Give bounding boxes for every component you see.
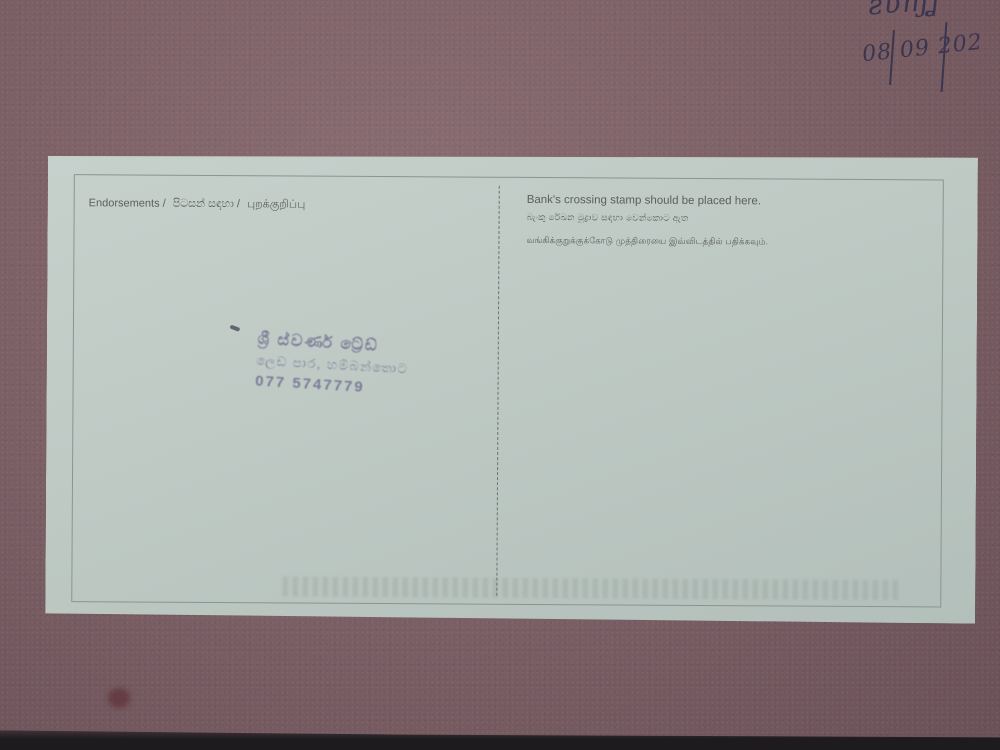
crossing-english: Bank's crossing stamp should be placed h…	[527, 194, 887, 208]
cheque-back: Endorsements / පිටසන් සඳහා / புறக்குறிப்…	[45, 152, 978, 624]
handwritten-note: ƨϋɱʝ 08 09 202	[850, 0, 1000, 100]
cheque-border: Endorsements / පිටසන් සඳහා / புறக்குறிப்…	[71, 174, 944, 607]
endorsements-english: Endorsements /	[89, 197, 166, 209]
crossing-stamp-area: Bank's crossing stamp should be placed h…	[526, 194, 886, 249]
pen-mark	[230, 325, 241, 332]
show-through-print	[282, 576, 902, 600]
handwritten-date: 08 09 202	[861, 30, 984, 68]
crossing-sinhala: බැංකු රේඛන මුද්‍රාව සඳහා වෙන්කොට ඇත	[527, 212, 887, 225]
handwritten-signature: ƨϋɱʝ	[867, 0, 941, 21]
endorsements-tamil: புறக்குறிப்பு	[247, 198, 305, 210]
rubber-stamp: ශ්‍රී ස්වර්ණ ට්‍රේඩ් ලෙඩ පාර, හම්බන්තොට …	[253, 331, 477, 424]
crossing-tamil: வங்கிக்குறுக்குக்கோடு முத்திரையை இவ்விடத…	[526, 235, 886, 249]
endorsements-sinhala: පිටසන් සඳහා /	[173, 198, 240, 210]
perforation-divider	[496, 186, 500, 596]
surface-stain	[108, 688, 130, 708]
endorsements-label: Endorsements / පිටසන් සඳහා / புறக்குறிப்…	[89, 197, 310, 212]
bottom-shadow	[0, 722, 1000, 750]
